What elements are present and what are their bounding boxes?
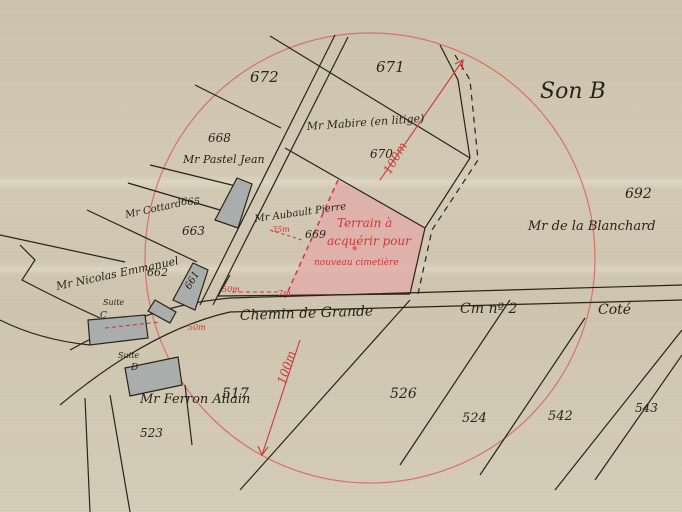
dist-50m-b: 50m	[188, 323, 206, 332]
parcel-670-owner: Mr Mabire (en litige)	[305, 112, 424, 133]
parcel-672-number: 672	[250, 68, 279, 86]
dist-50m-a: 50m	[222, 285, 240, 294]
parcel-692-owner: Mr de la Blanchard	[527, 219, 656, 234]
dist-35m: 35m	[272, 225, 290, 234]
suite-label-1: Suite	[103, 298, 124, 307]
building	[88, 315, 148, 345]
dist-7m: 7m	[278, 289, 291, 298]
terrain-label-line2: acquérir pour	[327, 234, 412, 248]
letter-c: C	[100, 311, 107, 321]
parcel-671-number: 671	[376, 58, 405, 76]
dashed-path	[418, 55, 478, 294]
terrain-label-line1: Terrain à	[337, 216, 392, 230]
road-label-2: Cm nº 2	[460, 301, 517, 317]
parcel-542-number: 542	[548, 409, 573, 424]
parcel-665-owner: Mr Cottard	[123, 198, 182, 221]
terrain-marker: *	[352, 244, 358, 257]
suite-label-2: Suite	[118, 351, 139, 360]
terrain-label-line3: nouveau cimetière	[314, 257, 399, 268]
parcel-524-number: 524	[462, 411, 487, 426]
cadastral-map: 672 671 Mr Mabire (en litige) 670 668 Mr…	[0, 0, 682, 512]
parcel-663-number: 663	[182, 224, 205, 238]
section-label: Son B	[540, 79, 606, 104]
parcel-662-number: 662	[147, 266, 168, 279]
road-label-3: Coté	[598, 302, 631, 318]
map-drawing: 672 671 Mr Mabire (en litige) 670 668 Mr…	[0, 0, 682, 512]
parcel-669-number: 669	[305, 228, 326, 241]
parcel-543-number: 543	[635, 401, 658, 415]
parcel-523-number: 523	[140, 426, 163, 440]
parcel-668-owner: Mr Pastel Jean	[182, 153, 265, 166]
parcel-668-number: 668	[208, 131, 231, 145]
parcel-526-number: 526	[390, 386, 417, 402]
road-label-1: Chemin de Grande	[240, 303, 374, 324]
parcel-517-number: 517	[222, 386, 249, 402]
radius-label-bottom: 100m	[275, 349, 299, 386]
parcel-665-number: 665	[181, 197, 200, 208]
building	[215, 178, 252, 228]
building	[148, 300, 176, 323]
parcel-692-number: 692	[625, 186, 652, 202]
letter-d: D	[130, 363, 138, 373]
